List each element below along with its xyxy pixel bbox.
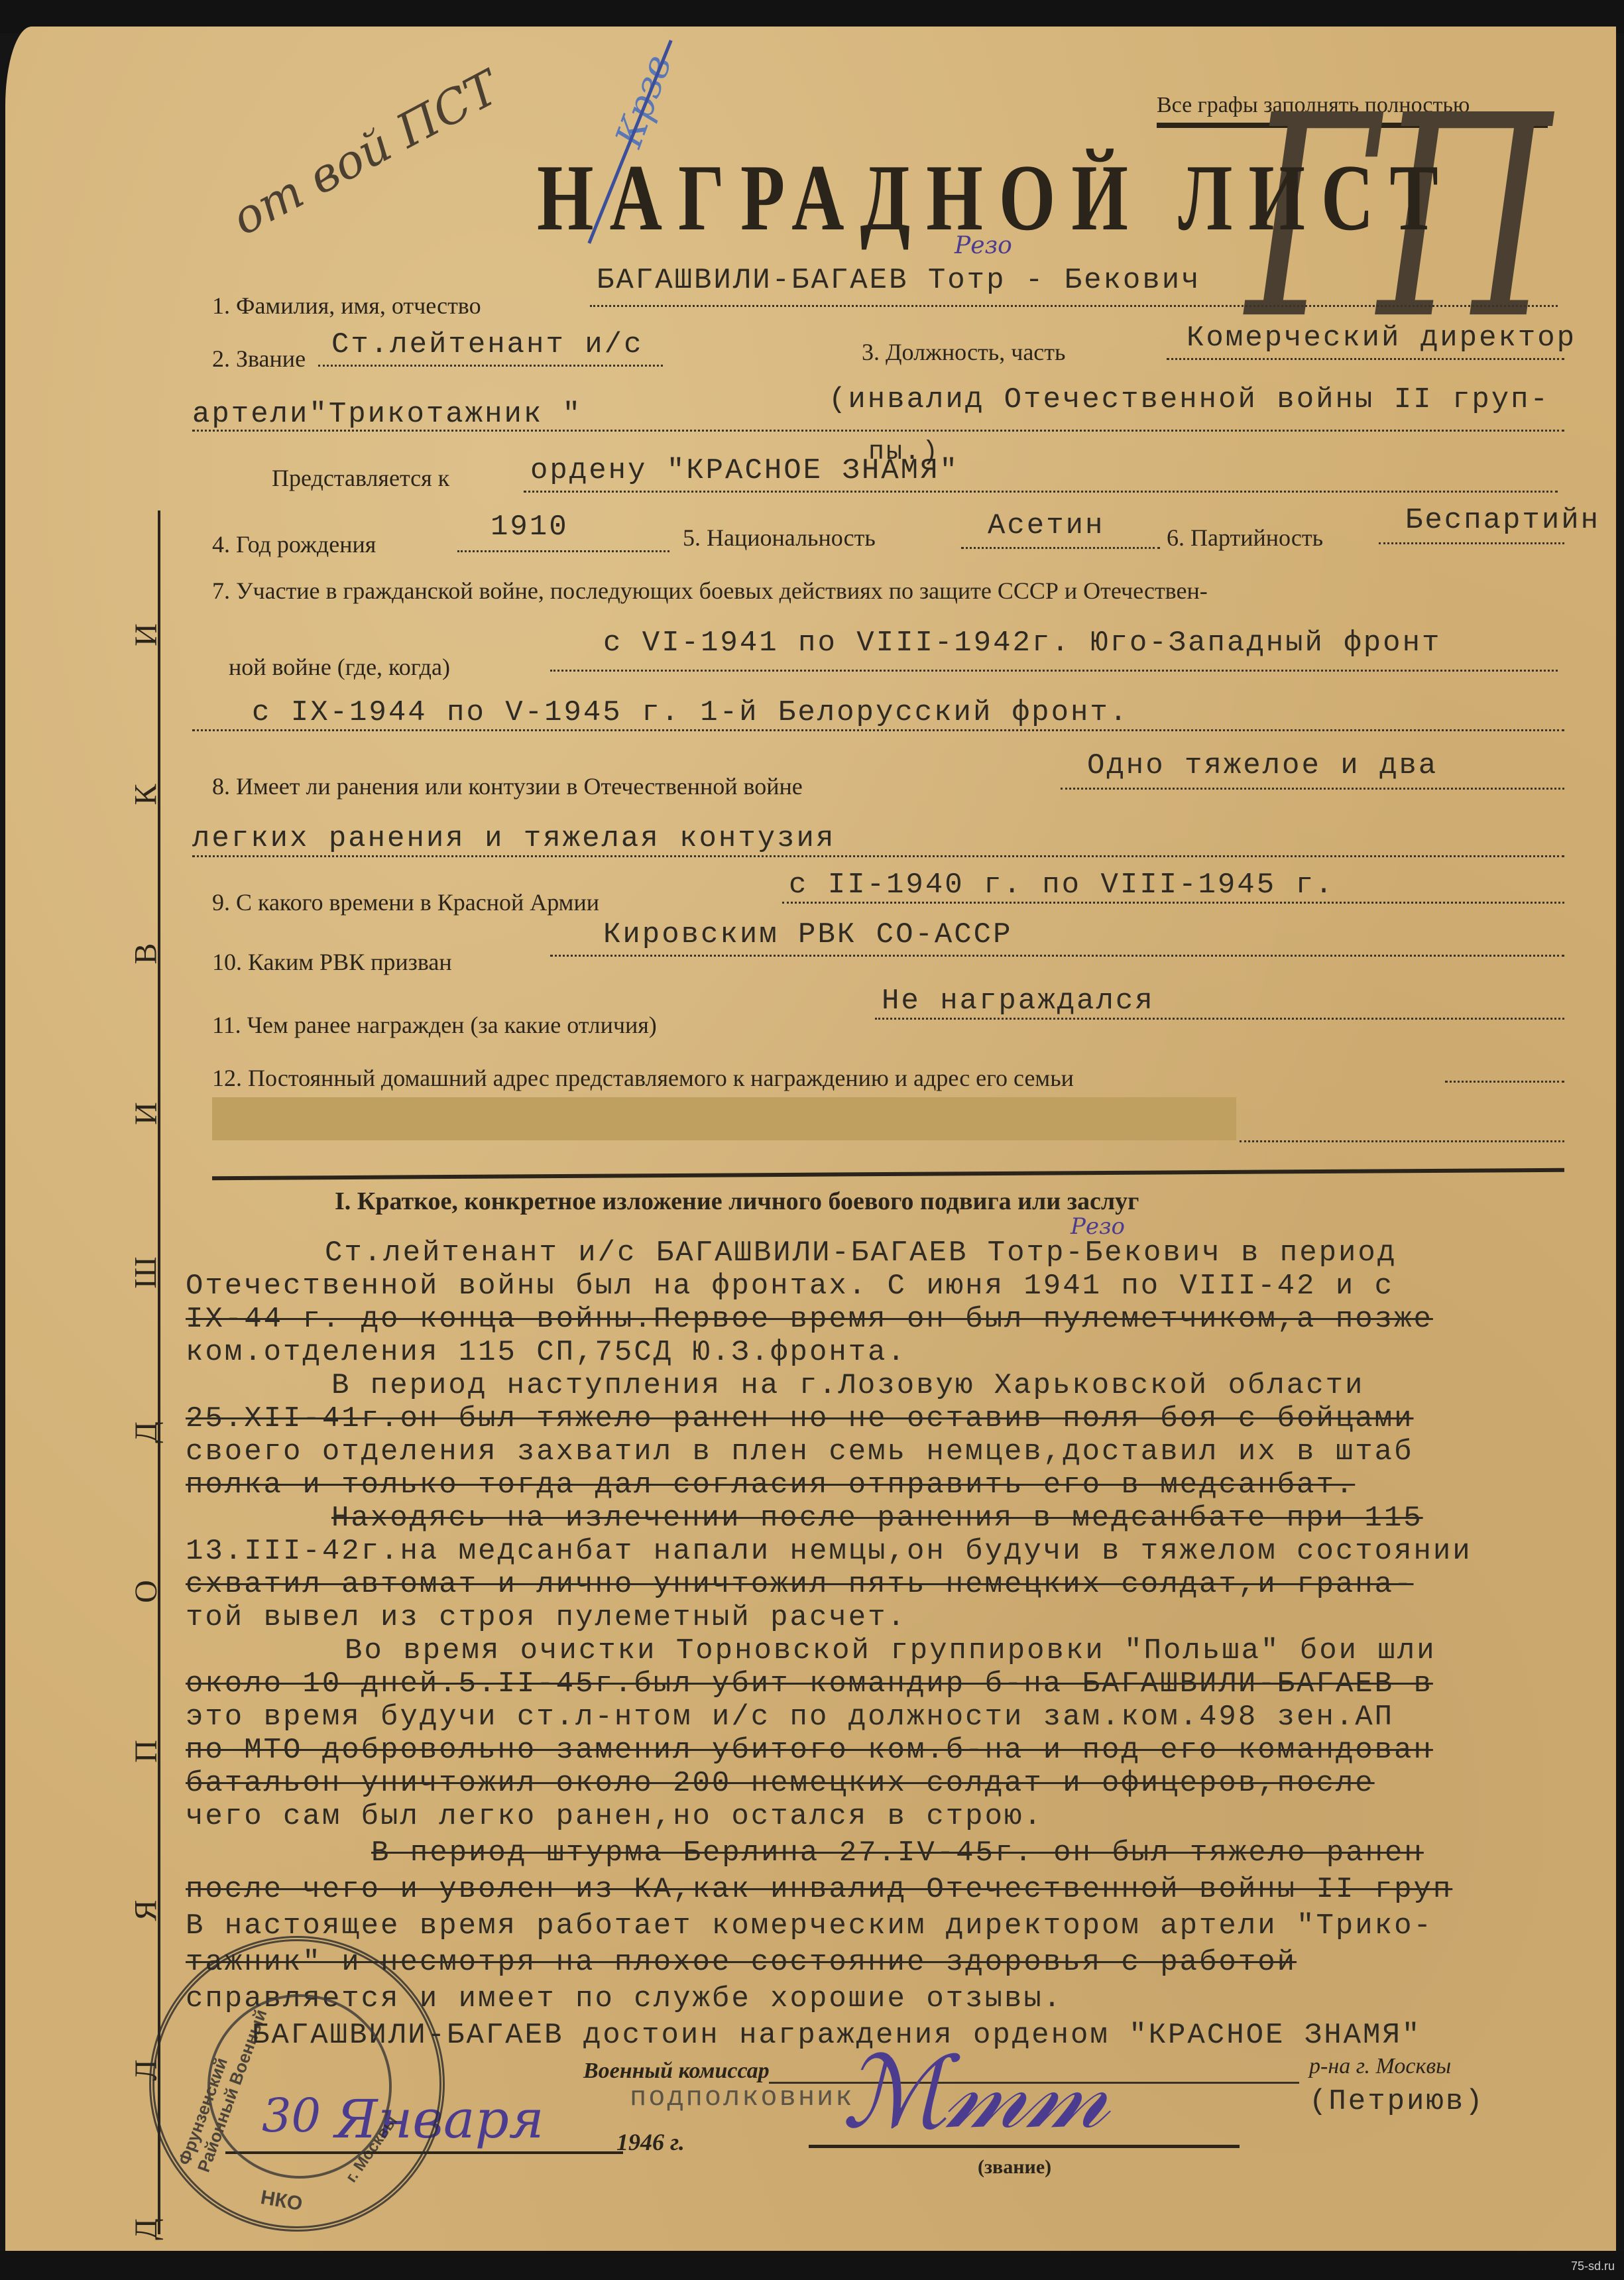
field-12-line-2 [1240, 1140, 1564, 1142]
narrative-line: В период наступления на г.Лозовую Харько… [331, 1369, 1364, 1402]
field-3-line [1167, 358, 1564, 360]
field-7-label: 7. Участие в гражданской войне, последую… [212, 577, 1208, 605]
field-8-line-2 [192, 855, 1564, 857]
date-year: 1946 г. [616, 2128, 685, 2156]
field-4-line [457, 550, 669, 552]
narrative-line: полка и только тогда дал согласия отправ… [186, 1469, 1355, 1502]
narrative-line: схватил автомат и лично уничтожил пять н… [186, 1568, 1413, 1601]
narrative-line: Находясь на излечении после ранения в ме… [331, 1502, 1423, 1535]
narrative-line: IX-44 г. до конца войны.Первое время он … [186, 1303, 1433, 1336]
field-1-value: БАГАШВИЛИ-БАГАЕВ Тотр - Бекович [597, 264, 1201, 297]
margin-letter: Д [128, 1421, 164, 1443]
narrative-line: В настоящее время работает комерческим д… [186, 1909, 1433, 1943]
scan-border-bottom [0, 2251, 1624, 2280]
field-5-line [961, 547, 1160, 549]
field-9-value: с II-1940 г. по VIII-1945 г. [789, 869, 1334, 902]
field-5-value: Асетин [988, 509, 1104, 542]
margin-letter: И [127, 1102, 164, 1125]
field-4-label: 4. Год рождения [212, 530, 376, 558]
field-7-line-2 [192, 729, 1564, 731]
field-2-line [318, 365, 663, 367]
presented-label: Представляется к [272, 464, 449, 492]
field-8-value: Одно тяжелое и два [1087, 749, 1438, 782]
field-6-label: 6. Партийность [1167, 524, 1323, 552]
rank-line [809, 2145, 1240, 2148]
margin-letter: К [127, 784, 164, 805]
commissar-signature: ℳ𝓂𝓂 [842, 2035, 1105, 2153]
official-round-stamp: Фрунзенский Районный Военный НКО г. Моск… [149, 1936, 445, 2232]
narrative-line: Во время очистки Торновской группировки … [345, 1634, 1436, 1667]
margin-letter: П [127, 1740, 164, 1763]
section-heading: I. Краткое, конкретное изложение личного… [335, 1187, 1139, 1216]
narrative-line: около 10 дней.5.II-45г.был убит командир… [186, 1667, 1433, 1701]
narrative-line: той вывел из строя пулеметный расчет. [186, 1601, 907, 1634]
signature-name: (Петриюв) [1309, 2085, 1485, 2118]
narrative-line: по МТО добровольно заменил убитого ком.б… [186, 1734, 1433, 1767]
field-10-line [550, 955, 1564, 957]
field-1-line [590, 305, 1558, 307]
field-6-line [1379, 542, 1564, 544]
rank-caption: (звание) [978, 2156, 1051, 2179]
field-9-line [782, 902, 1564, 904]
margin-letter: О [127, 1580, 164, 1603]
field-11-label: 11. Чем ранее награжден (за какие отличи… [212, 1011, 657, 1039]
field-9-label: 9. С какого времени в Красной Армии [212, 888, 599, 916]
margin-letter: Ш [127, 1256, 164, 1288]
narrative-line: это время будучи ст.л-нтом и/с по должно… [186, 1701, 1394, 1734]
field-6-value: Беспартийн [1405, 504, 1600, 537]
presented-line [524, 491, 1558, 493]
field-4-value: 1910 [491, 510, 569, 544]
field-7-label-line2: ной войне (где, когда) [229, 653, 450, 681]
narrative-line: батальон уничтожил около 200 немецких со… [186, 1767, 1375, 1800]
margin-letter: В [127, 943, 164, 964]
margin-letter: Д [128, 2218, 164, 2240]
name-insert-handwritten: Резо [955, 232, 1012, 259]
field-3-line-2 [192, 430, 1564, 432]
narrative-line: своего отделения захватил в плен семь не… [186, 1435, 1413, 1469]
field-3-value: Комерческий директор [1187, 322, 1576, 355]
field-7-line [550, 670, 1558, 672]
narrative-line: В период штурма Берлина 27.IV-45г. он бы… [371, 1836, 1424, 1870]
field-10-value: Кировским РВК СО-АССР [603, 918, 1013, 951]
signature-role: Военный комиссар [583, 2059, 770, 2084]
field-10-label: 10. Каким РВК призван [212, 948, 452, 976]
field-12-line [1445, 1081, 1564, 1083]
field-2-value: Ст.лейтенант и/с [331, 328, 643, 361]
field-8-value-line2: легких ранения и тяжелая контузия [192, 822, 835, 855]
margin-letter: И [127, 623, 164, 646]
field-3-value-line2: артели"Трикотажник " [192, 398, 582, 431]
field-8-line [1061, 788, 1564, 790]
redacted-address [212, 1097, 1236, 1140]
narrative-line: чего сам был легко ранен,но остался в ст… [186, 1800, 1043, 1833]
field-5-label: 5. Национальность [683, 524, 876, 552]
site-watermark: 75-sd.ru [1571, 2259, 1615, 2273]
margin-letter: Я [127, 1899, 164, 1921]
narrative-line: после чего и уволен из КА,как инвалид От… [186, 1873, 1452, 1906]
margin-label-vertical: Д Л Я П О Д Ш И В К И [126, 617, 166, 2248]
field-1-label: 1. Фамилия, имя, отчество [212, 292, 481, 320]
narrative-line: ком.отделения 115 СП,75СД Ю.З.фронта. [186, 1336, 907, 1369]
narrative-line: 25.XII-41г.он был тяжело ранен но не ост… [186, 1402, 1413, 1435]
field-3-label: 3. Должность, часть [862, 338, 1065, 366]
signature-district: р-на г. Москвы [1309, 2054, 1451, 2079]
field-12-label: 12. Постоянный домашний адрес представля… [212, 1064, 1074, 1092]
narrative-line: Отечественной войны был на фронтах. С ию… [186, 1270, 1394, 1303]
field-11-value: Не награждался [882, 985, 1155, 1018]
presented-value: ордену "КРАСНОЕ ЗНАМЯ" [530, 454, 959, 487]
field-2-label: 2. Звание [212, 345, 306, 373]
narrative-line: 13.III-42г.на медсанбат напали немцы,он … [186, 1535, 1472, 1568]
field-11-line [875, 1018, 1564, 1020]
signature-rank-typed: подполковник [630, 2082, 854, 2114]
field-7-value: с VI-1941 по VIII-1942г. Юго-Западный фр… [603, 627, 1441, 660]
stamp-bottom-text: НКО [259, 2187, 304, 2216]
section-name-insert: Резо [1071, 1213, 1125, 1240]
narrative-line: Ст.лейтенант и/с БАГАШВИЛИ-БАГАЕВ Тотр-Б… [325, 1236, 1397, 1270]
field-7-value-line2: с IX-1944 по V-1945 г. 1-й Белорусский ф… [252, 696, 1129, 729]
field-8-label: 8. Имеет ли ранения или контузии в Отече… [212, 772, 803, 800]
field-3-value-line3: (инвалид Отечественной войны II груп- [829, 383, 1550, 416]
